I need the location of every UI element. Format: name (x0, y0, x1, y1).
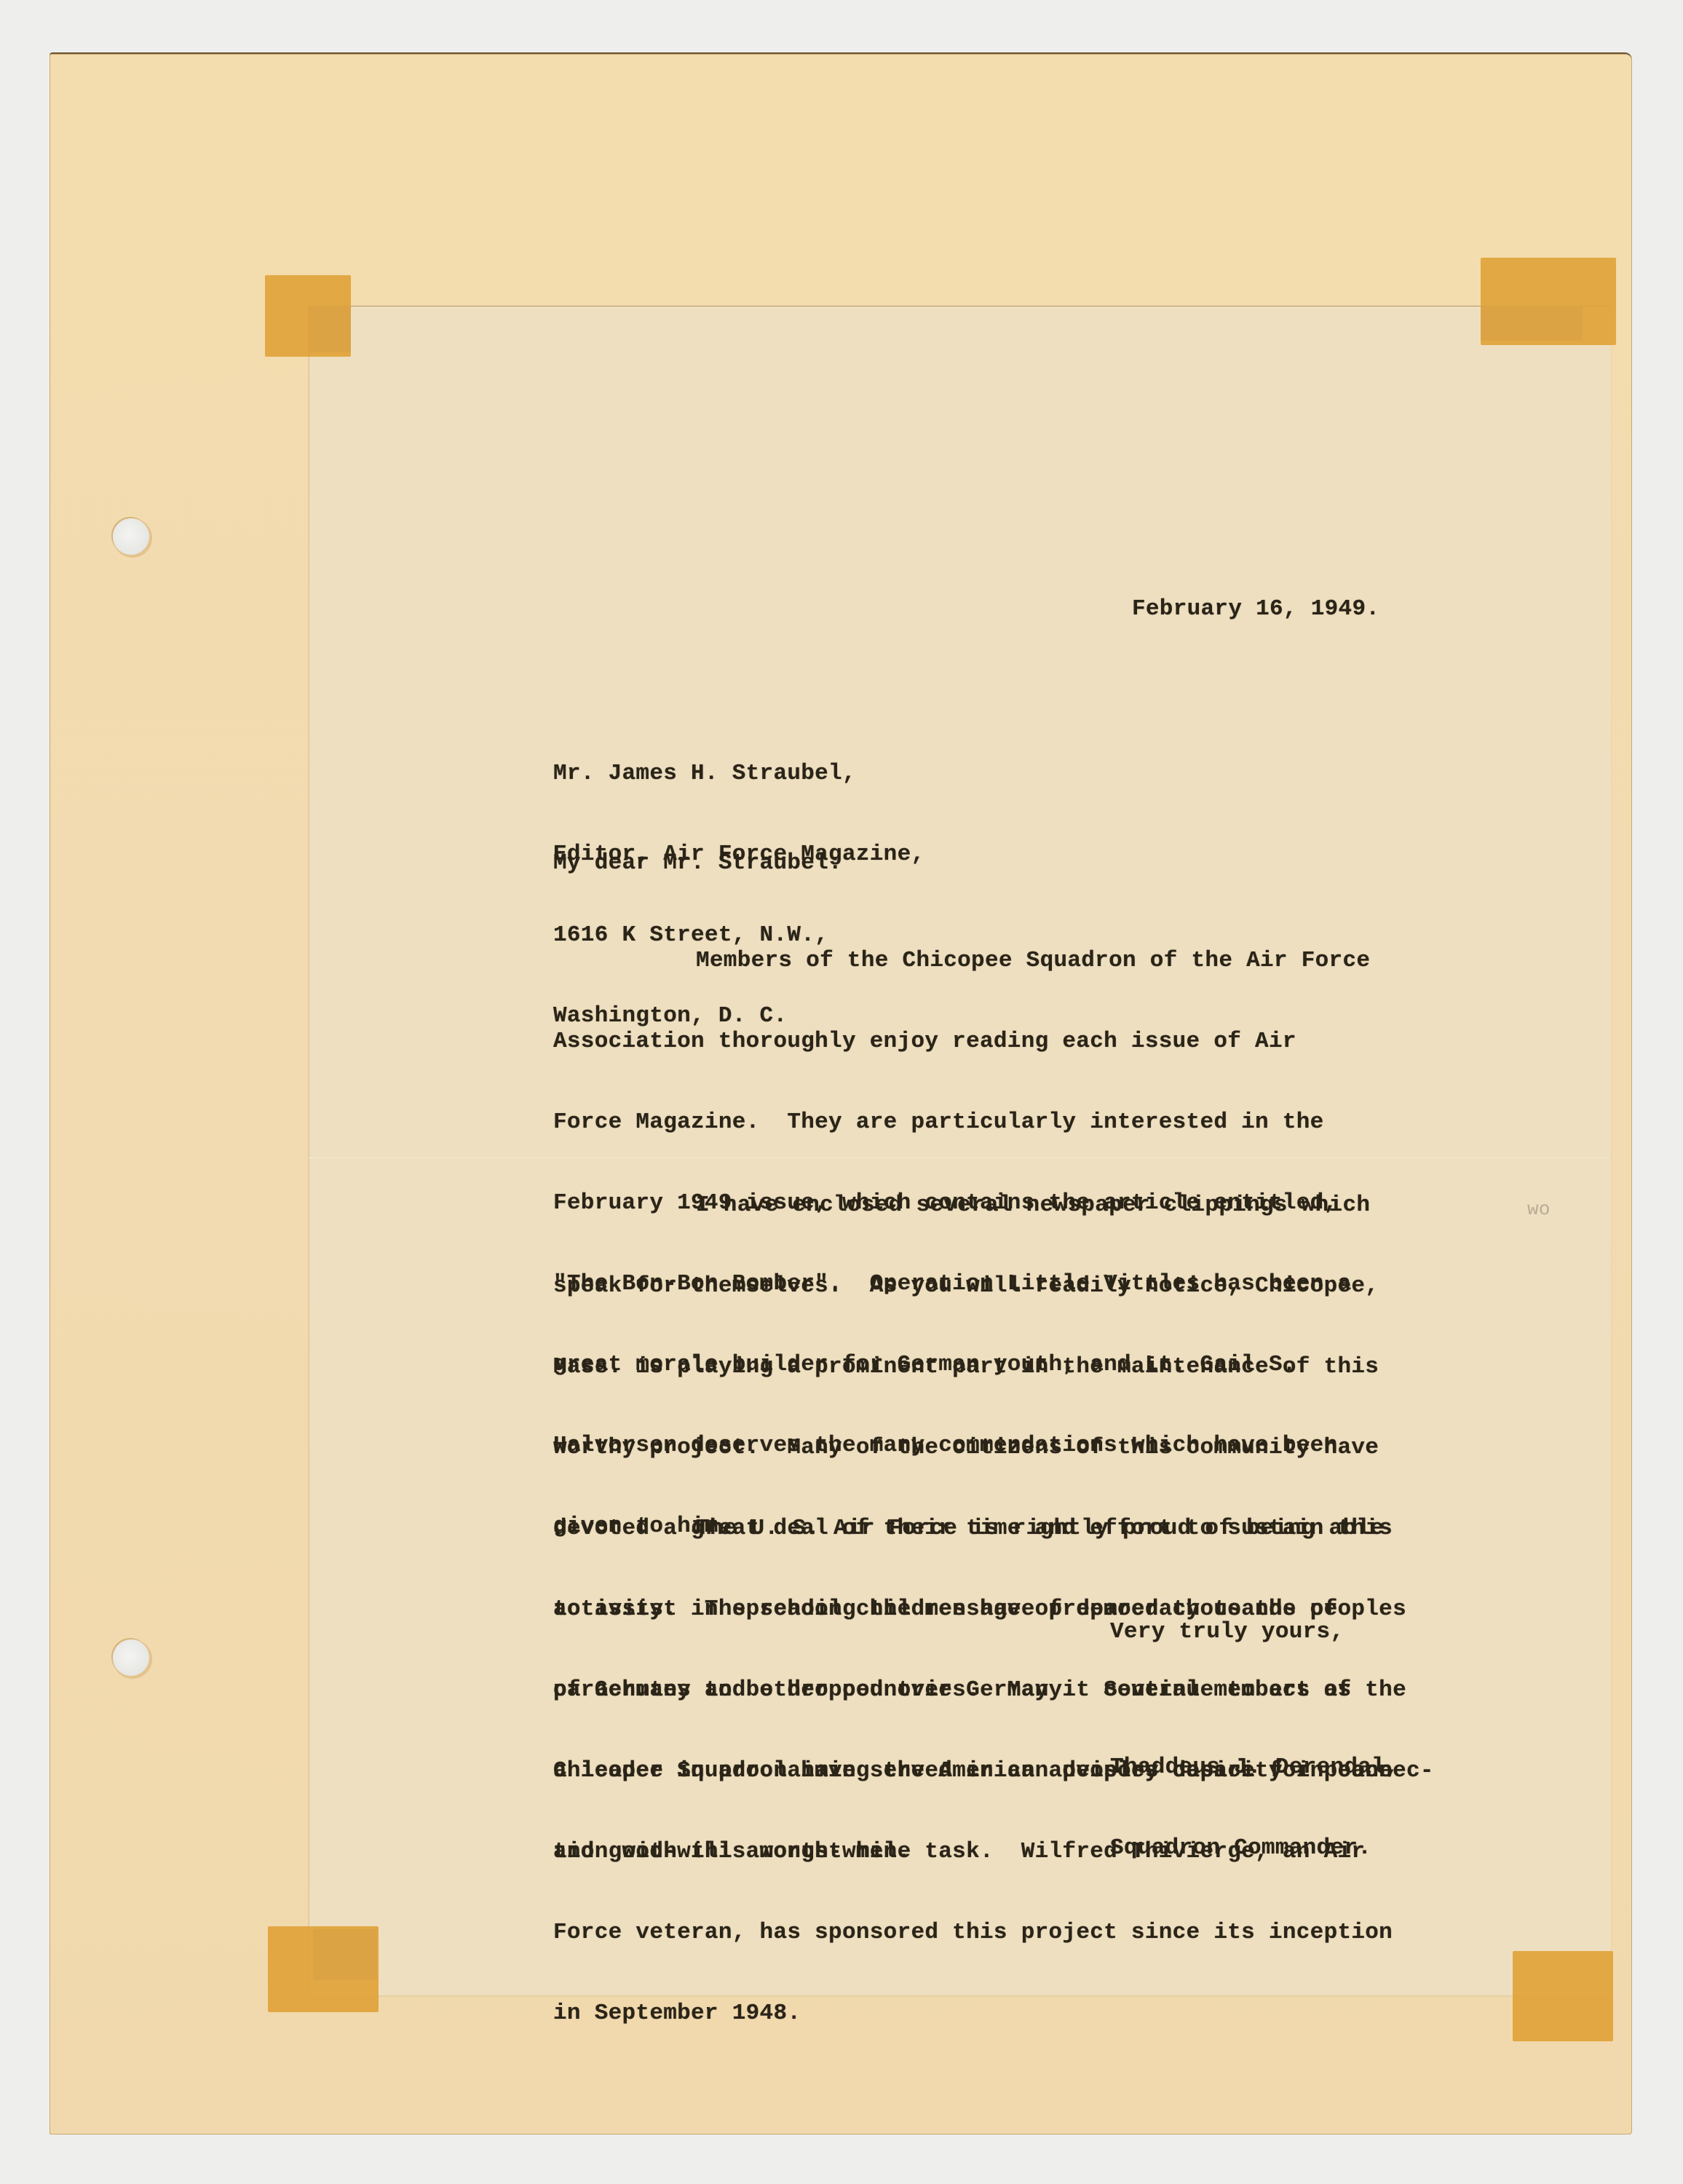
signer-title: Squadron Commander. (1110, 1835, 1399, 1861)
paragraph-line: Mass. is playing a prominent part in the… (553, 1353, 1434, 1380)
complimentary-close: Very truly yours, (1110, 1618, 1344, 1645)
paragraph-line: speak for themselves. As you will readil… (553, 1273, 1434, 1299)
tape-top-left-overlap (309, 306, 351, 352)
stray-typed-mark: wo (1527, 1196, 1551, 1223)
signer-name: Thaddeus J. Derendal, (1110, 1754, 1399, 1781)
paragraph-line: Association thoroughly enjoy reading eac… (553, 1028, 1370, 1055)
tape-bottom-left-overlap (313, 1929, 377, 1980)
paragraph-line: I have enclosed several newspaper clippi… (553, 1192, 1434, 1219)
paragraph-line: Members of the Chicopee Squadron of the … (553, 947, 1370, 974)
signature-block: Thaddeus J. Derendal, Squadron Commander… (1110, 1700, 1399, 1888)
paragraph-line: Force Magazine. They are particularly in… (553, 1109, 1370, 1136)
salutation: My dear Mr. Straubel: (553, 850, 842, 877)
paragraph-line: worthy project. Many of the citizens of … (553, 1434, 1434, 1461)
tape-bottom-right (1513, 1951, 1613, 2041)
paragraph-line: in September 1948. (553, 2000, 1434, 2027)
tape-top-right-overlap (1481, 306, 1583, 341)
paragraph-line: Force veteran, has sponsored this projec… (553, 1919, 1434, 1946)
paragraph-line: The U. S. Air Force is rightly proud of … (553, 1515, 1406, 1542)
address-line: Mr. James H. Straubel, (553, 760, 924, 787)
letter-date: February 16, 1949. (1132, 596, 1379, 622)
punch-hole-top (113, 518, 149, 555)
punch-hole-bottom (113, 1639, 149, 1676)
